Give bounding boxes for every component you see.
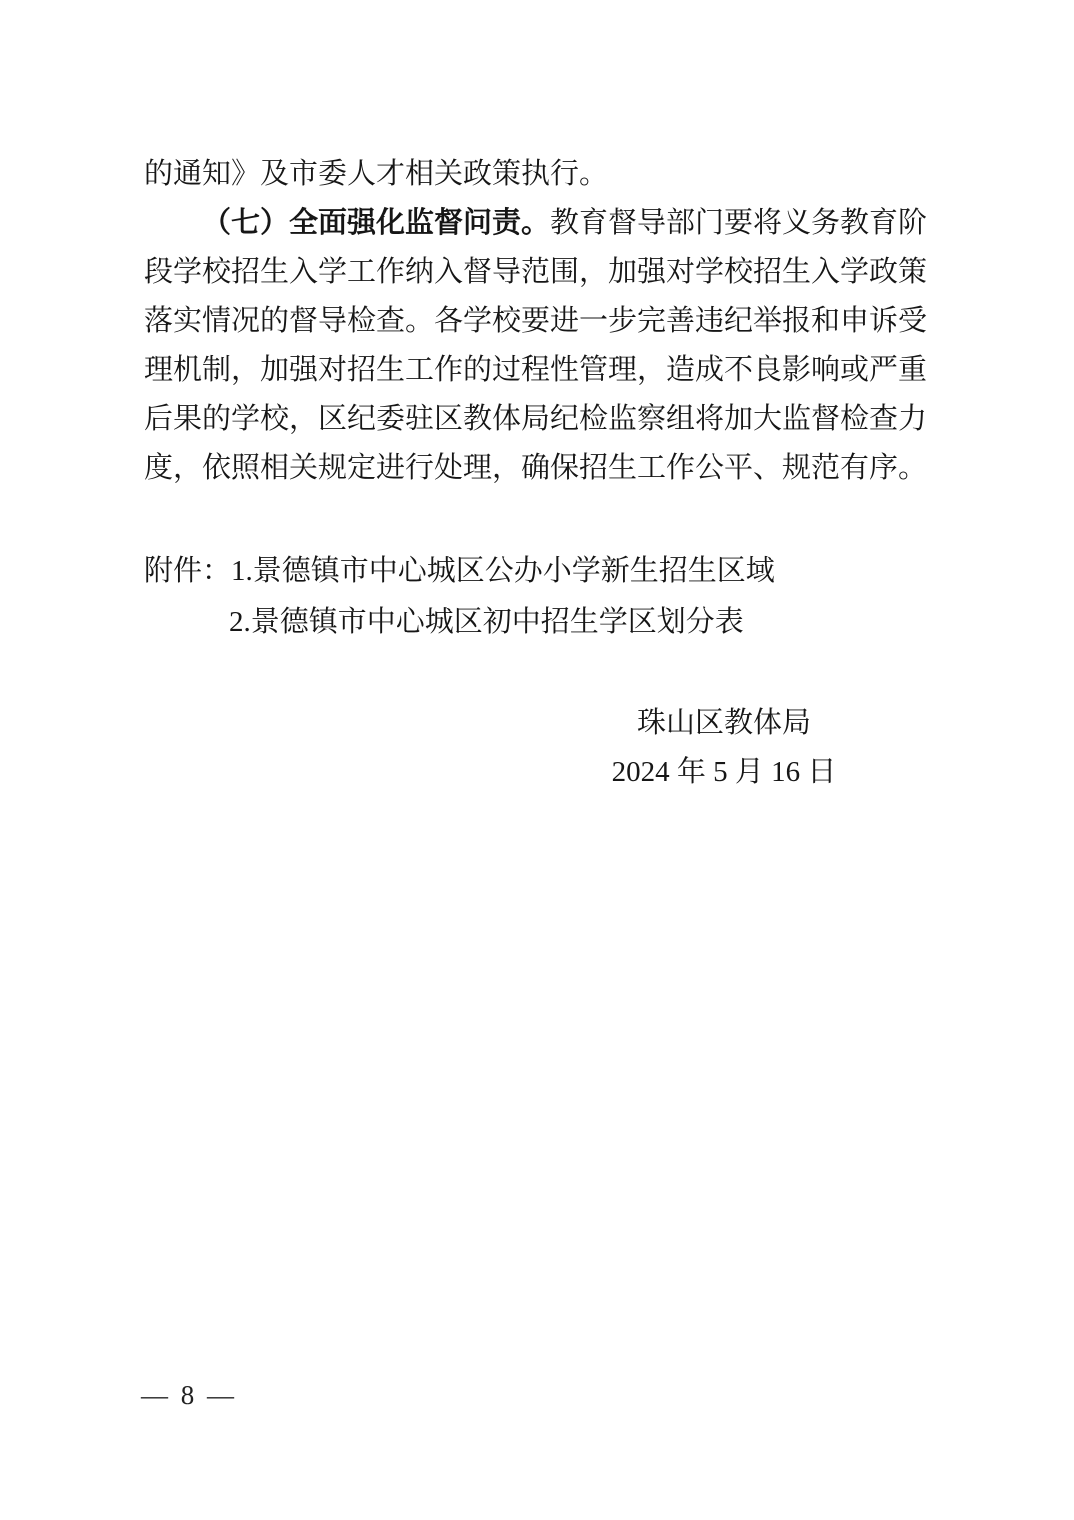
signature-date: 2024 年 5 月 16 日: [374, 748, 1074, 797]
body-line: 段学校招生入学工作纳入督导范围，加强对学校招生入学政策: [144, 248, 944, 297]
body-line: 落实情况的督导检查。各学校要进一步完善违纪举报和申诉受: [144, 297, 944, 346]
section-seven-first-line: （七）全面强化监督问责。教育督导部门要将义务教育阶: [144, 199, 944, 248]
document-page: 的通知》及市委人才相关政策执行。 （七）全面强化监督问责。教育督导部门要将义务教…: [0, 0, 1074, 1520]
attachments-label: 附件：: [144, 555, 231, 587]
attachment-line-1: 附件：1.景德镇市中心城区公办小学新生招生区域: [144, 546, 775, 597]
signature-block: 珠山区教体局 2024 年 5 月 16 日: [374, 699, 1074, 797]
body-text-block: 的通知》及市委人才相关政策执行。 （七）全面强化监督问责。教育督导部门要将义务教…: [144, 150, 944, 493]
body-line: 理机制，加强对招生工作的过程性管理，造成不良影响或严重: [144, 346, 944, 395]
attachment-item-2: 2.景德镇市中心城区初中招生学区划分表: [229, 597, 775, 648]
attachment-item-1: 1.景德镇市中心城区公办小学新生招生区域: [231, 555, 775, 587]
section-seven-lead-text: 教育督导部门要将义务教育阶: [550, 207, 927, 239]
section-seven-heading: （七）全面强化监督问责。: [202, 207, 550, 239]
body-line: 度，依照相关规定进行处理，确保招生工作公平、规范有序。: [144, 444, 944, 493]
attachments-block: 附件：1.景德镇市中心城区公办小学新生招生区域 2.景德镇市中心城区初中招生学区…: [144, 546, 775, 648]
signature-issuer: 珠山区教体局: [374, 699, 1074, 748]
paragraph-continuation-line: 的通知》及市委人才相关政策执行。: [144, 150, 944, 199]
page-number: — 8 —: [141, 1380, 237, 1410]
body-line: 后果的学校，区纪委驻区教体局纪检监察组将加大监督检查力: [144, 395, 944, 444]
